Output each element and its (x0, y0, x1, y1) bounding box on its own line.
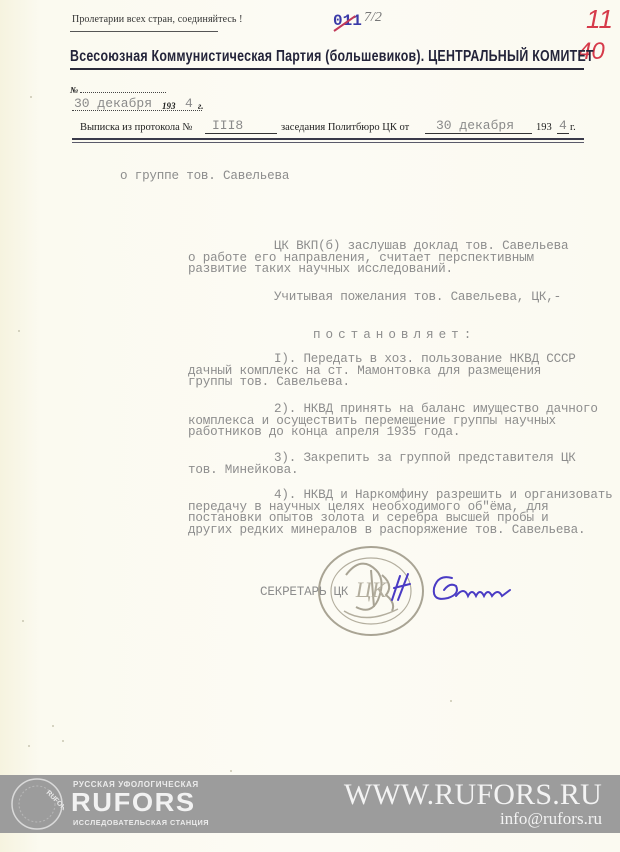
session-year-underline (557, 133, 569, 134)
rufors-banner: RUFORS РУССКАЯ УФОЛОГИЧЕСКАЯ RUFORS ИССЛ… (0, 775, 620, 833)
banner-brand: RUFORS (71, 787, 196, 818)
header-rule-thick (72, 138, 584, 140)
session-label: заседания Политбюро ЦК от (281, 122, 409, 133)
document-page: Пролетарии всех стран, соединяйтесь ! 01… (0, 0, 620, 852)
protocol-number: III8 (212, 118, 243, 133)
date-year-prefix: 193 (162, 101, 176, 111)
document-date: 30 декабря (74, 96, 152, 111)
session-year-suffix: г. (570, 122, 576, 133)
svg-text:ЦК: ЦК (355, 577, 388, 602)
resolution-item: 2). НКВД принять на баланс имущество дач… (188, 404, 598, 439)
intro-line: развитие таких научных исследований. (188, 264, 568, 276)
considering-line: Учитывая пожелания тов. Савельева, ЦК,- (188, 292, 561, 304)
session-date: 30 декабря (436, 118, 514, 133)
item-line: тов. Минейкова. (188, 465, 576, 477)
intro-paragraph: ЦК ВКП(б) заслушав доклад тов. Савельева… (188, 241, 568, 276)
resolves-heading: постановляет: (313, 330, 476, 342)
item-line: Закрепить за группой представителя ЦК (303, 451, 575, 465)
session-year-digit: 4 (559, 118, 567, 133)
slogan-underline (70, 31, 218, 32)
item-line: группы тов. Савельева. (188, 377, 576, 389)
session-date-underline (425, 133, 532, 134)
considering-paragraph: Учитывая пожелания тов. Савельева, ЦК,- (188, 292, 561, 304)
archive-fraction: 7/2 (364, 10, 382, 26)
date-suffix: г. (198, 101, 203, 111)
number-dotted-line (80, 88, 166, 93)
party-title-underline (70, 68, 584, 70)
subject-line: о группе тов. Савельева (120, 171, 289, 183)
red-annotation-top: 11 (586, 4, 613, 35)
banner-email-link[interactable]: info@rufors.ru (500, 809, 602, 829)
banner-tagline-bottom: ИССЛЕДОВАТЕЛЬСКАЯ СТАНЦИЯ (73, 818, 209, 827)
resolution-item: 3). Закрепить за группой представителя Ц… (188, 453, 576, 476)
resolution-item: 4). НКВД и Наркомфину разрешить и органи… (188, 490, 612, 536)
session-year-prefix: 193 (536, 122, 552, 133)
date-year-digit: 4 (185, 96, 193, 111)
header-rule-thin (72, 142, 584, 143)
resolution-item: I). Передать в хоз. пользование НКВД ССС… (188, 354, 576, 389)
number-label: № (70, 85, 78, 95)
banner-url-link[interactable]: WWW.RUFORS.RU (344, 778, 602, 812)
extract-label: Выписка из протокола № (80, 122, 192, 133)
party-title: Всесоюзная Коммунистическая Партия (боль… (70, 48, 594, 66)
handwritten-signature-icon: И. Сталин (390, 570, 530, 610)
date-dotted-line (72, 110, 202, 111)
rufors-logo-icon: RUFORS (10, 777, 64, 831)
signature-label: СЕКРЕТАРЬ ЦК (260, 587, 348, 599)
slogan: Пролетарии всех стран, соединяйтесь ! (72, 14, 243, 25)
svg-text:И. Сталин: И. Сталин (390, 570, 395, 571)
item-line: других редких минералов в распоряжение т… (188, 525, 612, 537)
item-line: работников до конца апреля 1935 года. (188, 427, 598, 439)
protocol-number-underline (205, 133, 277, 134)
